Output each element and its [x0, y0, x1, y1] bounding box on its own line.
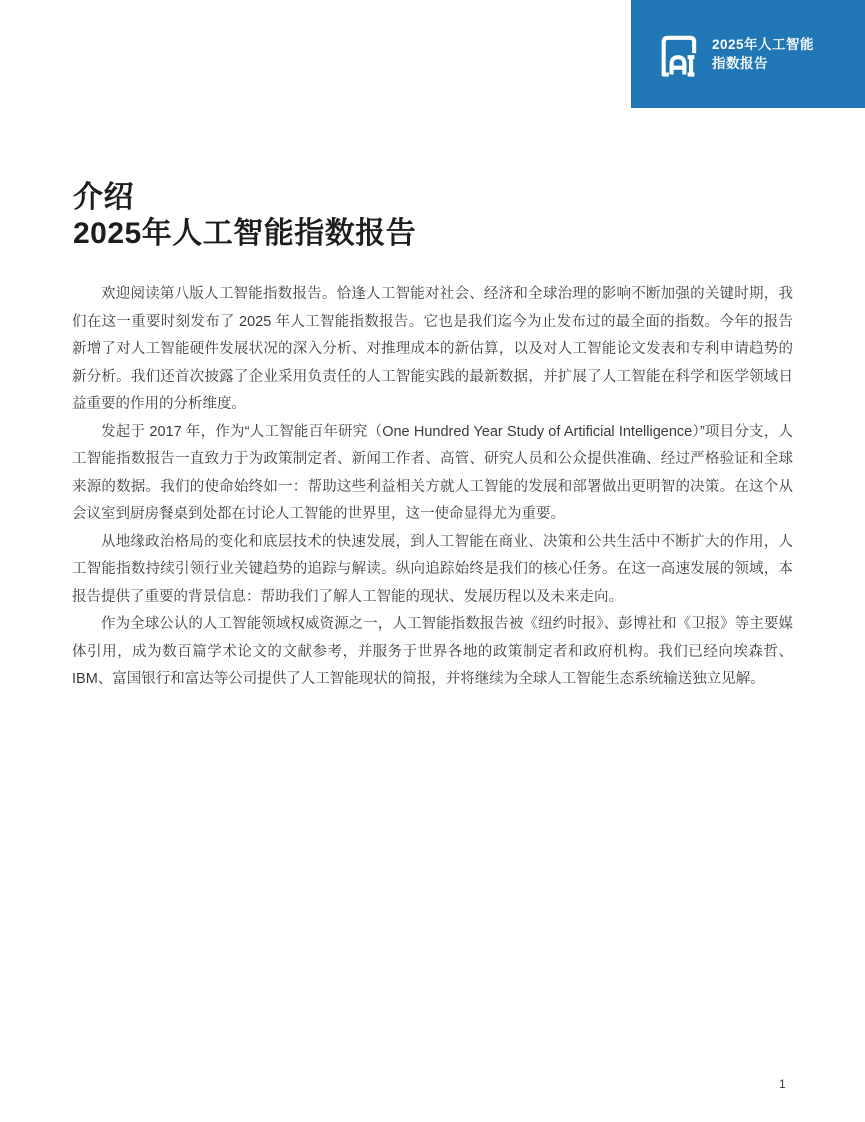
banner-title-line2: 指数报告: [712, 54, 814, 73]
page-title-line2: 2025年人工智能指数报告: [73, 216, 416, 252]
intro-paragraph-2: 发起于 2017 年，作为“人工智能百年研究（One Hundred Year …: [72, 419, 793, 529]
page-title-line1: 介绍: [73, 180, 416, 216]
banner-title: 2025年人工智能 指数报告: [712, 35, 814, 73]
report-page: { "page": { "number": "1" }, "banner": {…: [0, 0, 865, 1122]
banner-title-line1: 2025年人工智能: [712, 35, 814, 54]
intro-paragraph-1: 欢迎阅读第八版人工智能指数报告。恰逢人工智能对社会、经济和全球治理的影响不断加强…: [72, 281, 793, 419]
intro-body: 欢迎阅读第八版人工智能指数报告。恰逢人工智能对社会、经济和全球治理的影响不断加强…: [72, 281, 793, 694]
brand-banner: 2025年人工智能 指数报告: [631, 0, 865, 108]
intro-paragraph-4: 作为全球公认的人工智能领域权威资源之一，人工智能指数报告被《纽约时报》、彭博社和…: [72, 611, 793, 694]
page-title: 介绍 2025年人工智能指数报告: [73, 180, 416, 252]
page-number: 1: [779, 1077, 786, 1091]
intro-paragraph-3: 从地缘政治格局的变化和底层技术的快速发展，到人工智能在商业、决策和公共生活中不断…: [72, 529, 793, 612]
ai-index-logo-icon: [657, 31, 699, 77]
